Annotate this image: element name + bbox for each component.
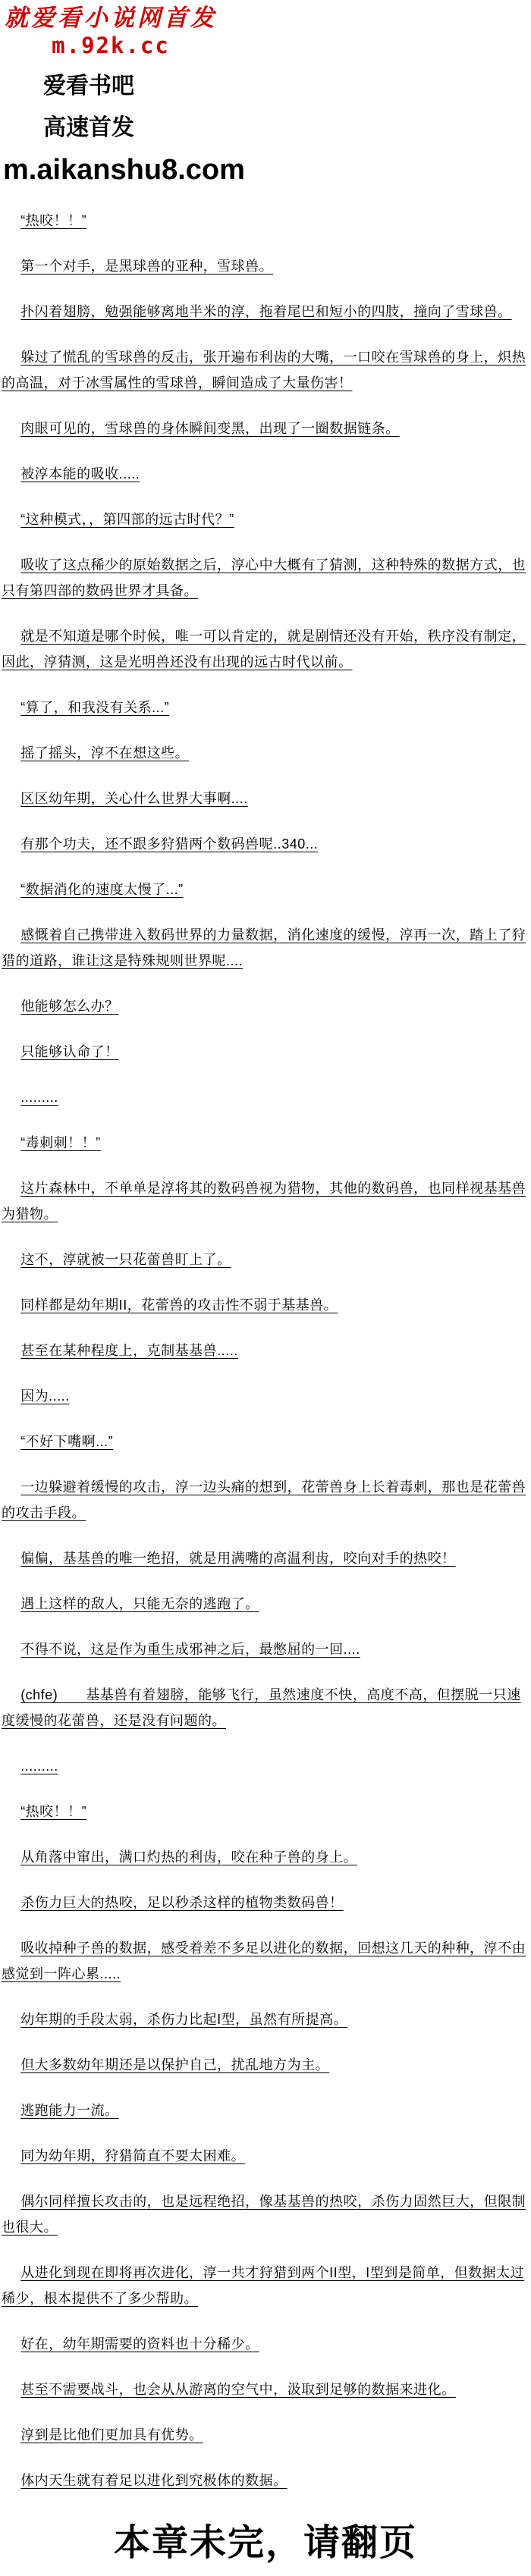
chapter-paragraph: 幼年期的手段太弱，杀伤力比起I型，虽然有所提高。 bbox=[2, 2007, 529, 2032]
chapter-paragraph: 好在，幼年期需要的资料也十分稀少。 bbox=[2, 2331, 529, 2357]
chapter-paragraph: “毒刺刺！！” bbox=[2, 1130, 529, 1156]
chapter-paragraph: 感慨着自己携带进入数码世界的力量数据，消化速度的缓慢，淳再一次，踏上了狩猎的道路… bbox=[2, 922, 529, 974]
chapter-paragraph: 吸收了这点稀少的原始数据之后，淳心中大概有了猜测，这种特殊的数据方式，也只有第四… bbox=[2, 552, 529, 604]
chapter-paragraph: 肉眼可见的，雪球兽的身体瞬间变黑，出现了一圈数据链条。 bbox=[2, 416, 529, 441]
chapter-paragraph: 偏偏，基基兽的唯一绝招，就是用满嘴的高温利齿，咬向对手的热咬！ bbox=[2, 1545, 529, 1571]
chapter-paragraph: 杀伤力巨大的热咬，足以秒杀这样的植物类数码兽！ bbox=[2, 1890, 529, 1916]
watermark-site-url: m.92k.cc bbox=[5, 33, 217, 59]
chapter-paragraph: 第一个对手，是黑球兽的亚种，雪球兽。 bbox=[2, 253, 529, 279]
site-domain-link[interactable]: m.aikanshu8.com bbox=[3, 153, 529, 188]
site-tagline: 高速首发 bbox=[43, 113, 529, 143]
chapter-paragraph: 但大多数幼年期还是以保护自己，扰乱地方为主。 bbox=[2, 2052, 529, 2078]
chapter-paragraph: (chfe) 基基兽有着翅膀，能够飞行，虽然速度不快，高度不高，但摆脱一只速度缓… bbox=[2, 1682, 529, 1734]
chapter-paragraph: “热咬！！” bbox=[2, 208, 529, 234]
chapter-paragraph: 躲过了慌乱的雪球兽的反击，张开遍布利齿的大嘴，一口咬在雪球兽的身上，炽热的高温，… bbox=[2, 344, 529, 396]
chapter-paragraph: 摇了摇头，淳不在想这些。 bbox=[2, 740, 529, 766]
chapter-paragraph: 偶尔同样擅长攻击的，也是远程绝招，像基基兽的热咬，杀伤力固然巨大，但限制也很大。 bbox=[2, 2189, 529, 2240]
chapter-paragraph: “不好下嘴啊...” bbox=[2, 1429, 529, 1454]
novel-reader-page: 就爱看小说网首发 m.92k.cc 爱看书吧 高速首发 m.aikanshu8.… bbox=[0, 0, 531, 2576]
chapter-paragraph: 他能够怎么办？ bbox=[2, 993, 529, 1019]
chapter-paragraph: 扑闪着翅膀，勉强能够离地半米的淳，拖着尾巴和短小的四肢，撞向了雪球兽。 bbox=[2, 299, 529, 325]
chapter-paragraph: “算了，和我没有关系...” bbox=[2, 695, 529, 720]
chapter-paragraph: 就是不知道是哪个时候，唯一可以肯定的，就是剧情还没有开始，秩序没有制定，因此，淳… bbox=[2, 623, 529, 675]
chapter-paragraph: 同为幼年期，狩猎简直不要太困难。 bbox=[2, 2143, 529, 2169]
chapter-paragraph: 被淳本能的吸收..... bbox=[2, 461, 529, 487]
chapter-paragraph: “这种模式，，第四部的远古时代？” bbox=[2, 507, 529, 532]
site-name-link[interactable]: 爱看书吧 bbox=[43, 71, 529, 101]
chapter-paragraph: ......... bbox=[2, 1084, 529, 1110]
chapter-paragraph: 同样都是幼年期II，花蕾兽的攻击性不弱于基基兽。 bbox=[2, 1292, 529, 1318]
chapter-paragraph: 这不，淳就被一只花蕾兽盯上了。 bbox=[2, 1247, 529, 1272]
chapter-paragraph: 一边躲避着缓慢的攻击，淳一边头痛的想到，花蕾兽身上长着毒刺，那也是花蕾兽的攻击手… bbox=[2, 1474, 529, 1526]
page-turn-notice: 本章未完，请翻页 bbox=[2, 2513, 529, 2565]
chapter-paragraph: 吸收掉种子兽的数据，感受着差不多足以进化的数据，回想这几天的种种，淳不由感觉到一… bbox=[2, 1935, 529, 1987]
chapter-paragraph: 从角落中窜出，满口灼热的利齿，咬在种子兽的身上。 bbox=[2, 1844, 529, 1870]
chapter-paragraph: 从进化到现在即将再次进化，淳一共才狩猎到两个II型，I型到是简单，但数据太过稀少… bbox=[2, 2260, 529, 2311]
chapter-paragraph: 这片森林中，不单单是淳将其的数码兽视为猎物，其他的数码兽，也同样视基基兽为猎物。 bbox=[2, 1175, 529, 1227]
chapter-paragraph: 体内天生就有着足以进化到究极体的数据。 bbox=[2, 2468, 529, 2493]
chapter-paragraph: “热咬！！” bbox=[2, 1799, 529, 1825]
watermark-site-title: 就爱看小说网首发 bbox=[5, 5, 217, 33]
chapter-paragraph: 因为..... bbox=[2, 1383, 529, 1409]
chapter-content: “热咬！！”第一个对手，是黑球兽的亚种，雪球兽。扑闪着翅膀，勉强能够离地半米的淳… bbox=[2, 208, 529, 2493]
chapter-paragraph: 只能够认命了！ bbox=[2, 1039, 529, 1065]
chapter-paragraph: “数据消化的速度太慢了...” bbox=[2, 877, 529, 902]
chapter-paragraph: ......... bbox=[2, 1753, 529, 1779]
chapter-paragraph: 遇上这样的敌人，只能无奈的逃跑了。 bbox=[2, 1591, 529, 1617]
chapter-paragraph: 逃跑能力一流。 bbox=[2, 2098, 529, 2123]
chapter-paragraph: 甚至不需要战斗，也会从从游离的空气中，汲取到足够的数据来进化。 bbox=[2, 2377, 529, 2402]
chapter-paragraph: 有那个功夫，还不跟多狩猎两个数码兽呢..340... bbox=[2, 831, 529, 857]
chapter-paragraph: 淳到是比他们更加具有优势。 bbox=[2, 2422, 529, 2448]
chapter-paragraph: 甚至在某种程度上，克制基基兽..... bbox=[2, 1338, 529, 1363]
watermark-block: 就爱看小说网首发 m.92k.cc bbox=[5, 5, 217, 59]
chapter-paragraph: 区区幼年期，关心什么世界大事啊.... bbox=[2, 786, 529, 811]
chapter-paragraph: 不得不说，这是作为重生成邪神之后，最憋屈的一回.... bbox=[2, 1636, 529, 1662]
